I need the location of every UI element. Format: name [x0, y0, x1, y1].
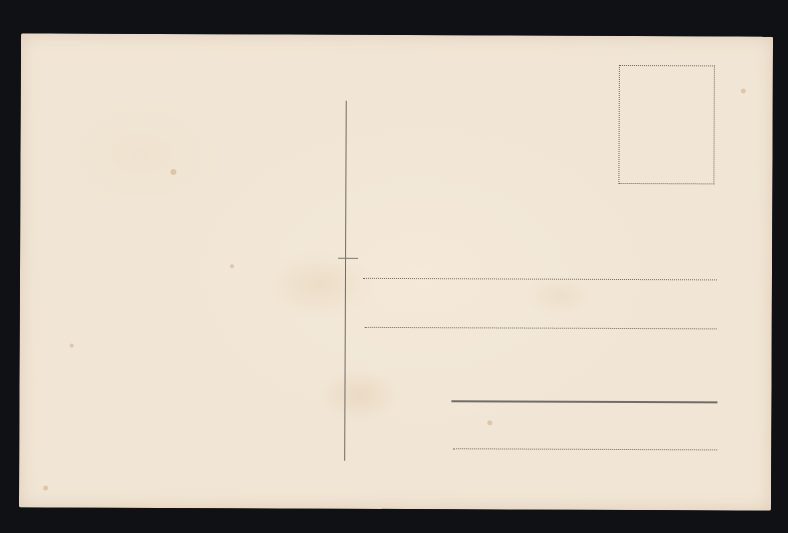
divider-tick-mark: [338, 258, 358, 259]
address-line-2: [365, 327, 717, 330]
foxing-spot: [170, 169, 176, 175]
foxing-spot: [70, 344, 74, 348]
postcard-back: [19, 33, 773, 510]
photo-background: [0, 0, 788, 533]
center-divider-line: [344, 101, 347, 461]
foxing-spot: [487, 420, 492, 425]
foxing-spot: [43, 485, 48, 490]
address-line-4: [453, 448, 717, 450]
foxing-spot: [741, 89, 746, 94]
foxing-spot: [230, 264, 234, 268]
address-line-3: [451, 400, 717, 403]
address-line-1: [363, 278, 717, 281]
stamp-box: [618, 65, 715, 184]
